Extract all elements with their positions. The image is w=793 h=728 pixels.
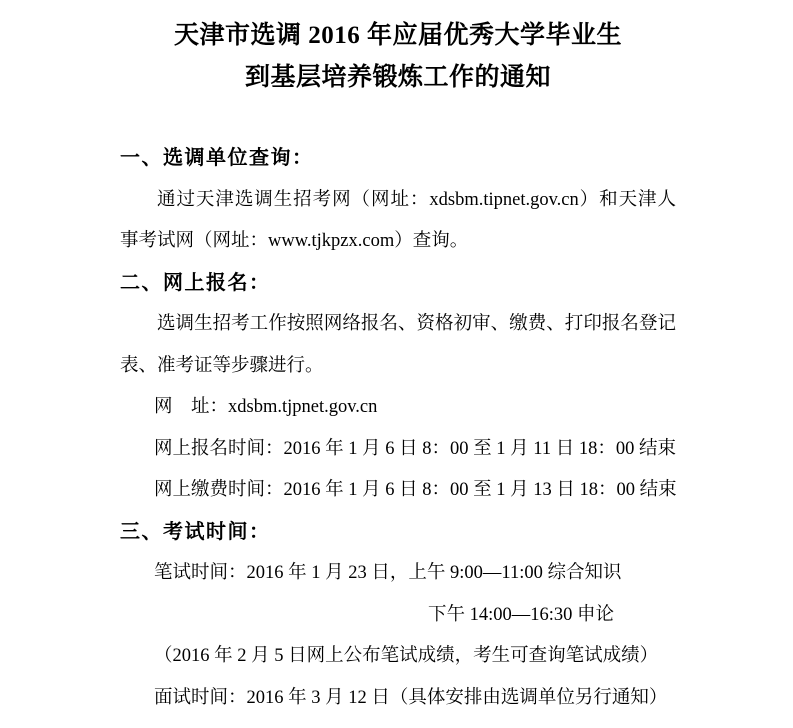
written-exam-time-line: 笔试时间：2016 年 1 月 23 日，上午 9:00—11:00 综合知识 <box>120 553 676 595</box>
section-2-heading: 二、网上报名： <box>120 263 676 305</box>
website-url-line: 网 址：xdsbm.tjpnet.gov.cn <box>120 387 676 429</box>
interview-time-line: 面试时间：2016 年 3 月 12 日（具体安排由选调单位另行通知） <box>120 678 676 720</box>
section-2-paragraph: 选调生招考工作按照网络报名、资格初审、缴费、打印报名登记表、准考证等步骤进行。 <box>120 304 676 387</box>
section-1-paragraph: 通过天津选调生招考网（网址：xdsbm.tipnet.gov.cn）和天津人事考… <box>120 180 676 263</box>
score-announcement-line: （2016 年 2 月 5 日网上公布笔试成绩，考生可查询笔试成绩） <box>120 636 676 678</box>
online-payment-time-line: 网上缴费时间：2016 年 1 月 6 日 8：00 至 1 月 13 日 18… <box>120 470 676 512</box>
document-title-line-2: 到基层培养锻炼工作的通知 <box>120 57 676 99</box>
section-3-heading: 三、考试时间： <box>120 512 676 554</box>
section-1-heading: 一、选调单位查询： <box>120 138 676 180</box>
online-registration-time-line: 网上报名时间：2016 年 1 月 6 日 8：00 至 1 月 11 日 18… <box>120 429 676 471</box>
document-title-line-1: 天津市选调 2016 年应届优秀大学毕业生 <box>120 15 676 57</box>
document-title: 天津市选调 2016 年应届优秀大学毕业生 到基层培养锻炼工作的通知 <box>120 0 676 99</box>
afternoon-exam-line: 下午 14:00—16:30 申论 <box>120 595 676 637</box>
document-page: 天津市选调 2016 年应届优秀大学毕业生 到基层培养锻炼工作的通知 一、选调单… <box>0 0 793 728</box>
document-content: 天津市选调 2016 年应届优秀大学毕业生 到基层培养锻炼工作的通知 一、选调单… <box>120 0 676 719</box>
